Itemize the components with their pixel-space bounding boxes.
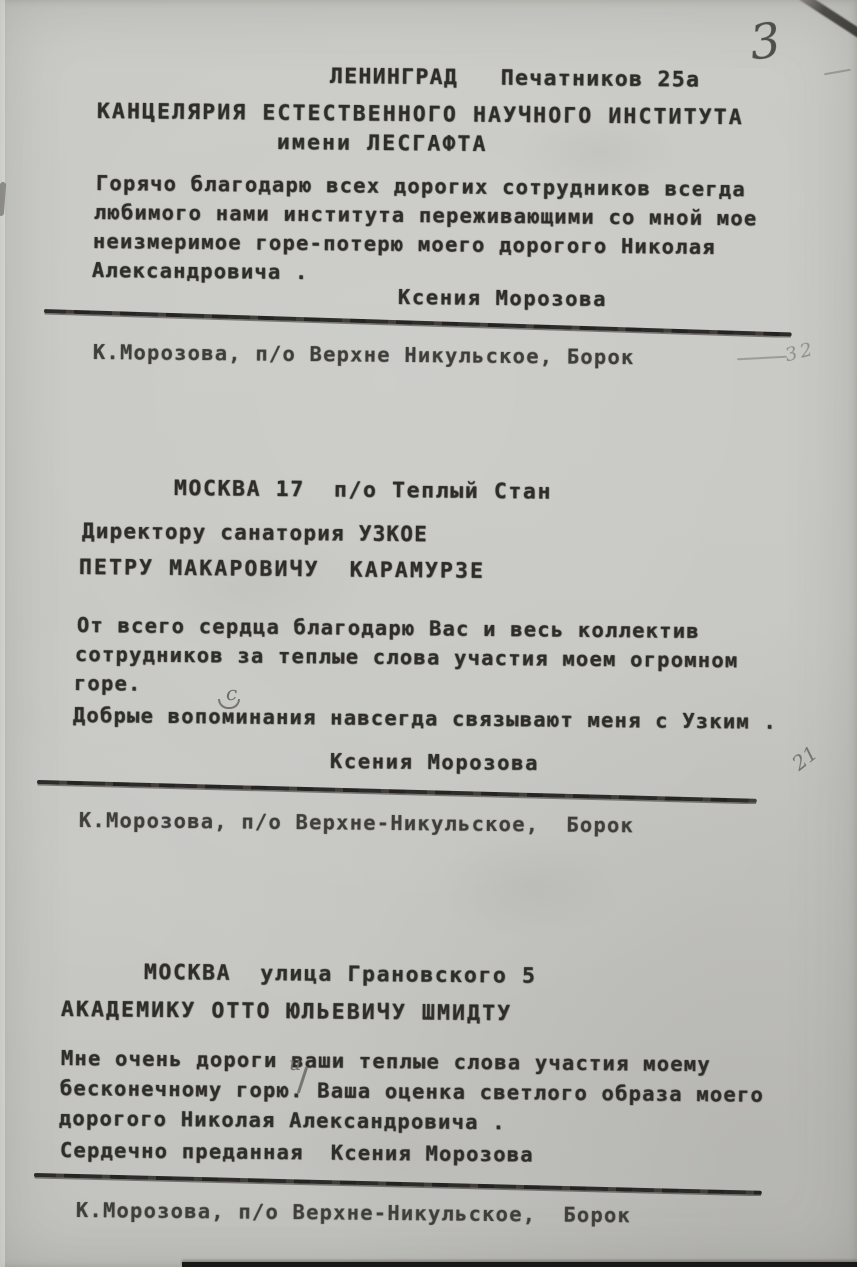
telegram1-recipient-line1: КАНЦЕЛЯРИЯ ЕСТЕСТВЕННОГО НАУЧНОГО ИНСТИТ… (97, 99, 744, 131)
pencil-dash (824, 69, 851, 76)
telegram3-sender-address: К.Морозова, п/о Верхне-Никульское, Борок (76, 1198, 631, 1228)
telegram3-body-line: дорогого Николая Александровича . (59, 1106, 506, 1135)
telegram1-signature: Ксения Морозова (398, 285, 607, 312)
paper-edge-nick (0, 182, 6, 216)
divider-line (34, 1173, 762, 1194)
pencil-dash (737, 356, 787, 360)
telegram2-sender-address: К.Морозова, п/о Верхне-Никульское, Борок (79, 808, 634, 838)
telegram3-closing-signature: Сердечно преданная Ксения Морозова (60, 1138, 534, 1167)
corner-ink-streak (784, 0, 857, 42)
telegram1-body-line: Горячо благодарю всех дорогих сотруднико… (96, 171, 746, 202)
divider-line (37, 780, 757, 802)
telegram1-body-line: любимого нами института переживающими со… (94, 200, 758, 231)
telegram1-recipient-line2: имени ЛЕСГАФТА (277, 130, 488, 158)
pencil-margin-mark-21: 21 (787, 741, 822, 776)
telegram3-body-line: Мне очень дороги ваши теплые слова участ… (61, 1046, 711, 1077)
telegram2-signature: Ксения Морозова (330, 749, 539, 776)
telegram2-body-line: сотрудников за теплые слова участия моем… (75, 642, 739, 673)
telegram1-sender-address: К.Морозова, п/о Верхне Никульское, Борок (93, 340, 635, 370)
telegram1-body-line: Александровича . (92, 258, 309, 285)
pencil-correction-letter: и (289, 1053, 301, 1075)
scan-bottom-edge (182, 1262, 857, 1267)
telegram2-recipient-line2: ПЕТРУ МАКАРОВИЧУ КАРАМУРЗЕ (79, 555, 485, 585)
telegram3-headline: МОСКВА улица Грановского 5 (144, 960, 537, 990)
divider-line (44, 309, 792, 336)
telegram2-headline: МОСКВА 17 п/о Теплый Стан (174, 476, 552, 505)
telegram2-body-line: От всего сердца благодарю Вас и весь кол… (77, 613, 700, 644)
telegram2-body-line: Добрые вопоминания навсегда связывают ме… (73, 703, 777, 734)
telegram3-body-line: бесконечному горю. Ваша оценка светлого … (60, 1076, 764, 1107)
pencil-margin-mark-32: 32 (783, 338, 818, 367)
telegram2-recipient-line1: Директору санатория УЗКОЕ (82, 519, 428, 548)
telegram2-body-line: горе. (74, 671, 142, 696)
handwritten-page-number: 3 (747, 12, 784, 71)
telegram1-body-line: неизмеримое горе-потерю моего дорогого Н… (93, 229, 716, 260)
telegram3-recipient-line1: АКАДЕМИКУ ОТТО ЮЛЬЕВИЧУ ШМИДТУ (61, 997, 513, 1027)
scanned-document-page: 3 32 21 ЛЕНИНГРАД Печатников 25а КАНЦЕЛЯ… (0, 0, 857, 1267)
telegram1-headline: ЛЕНИНГРАД Печатников 25а (330, 64, 701, 93)
